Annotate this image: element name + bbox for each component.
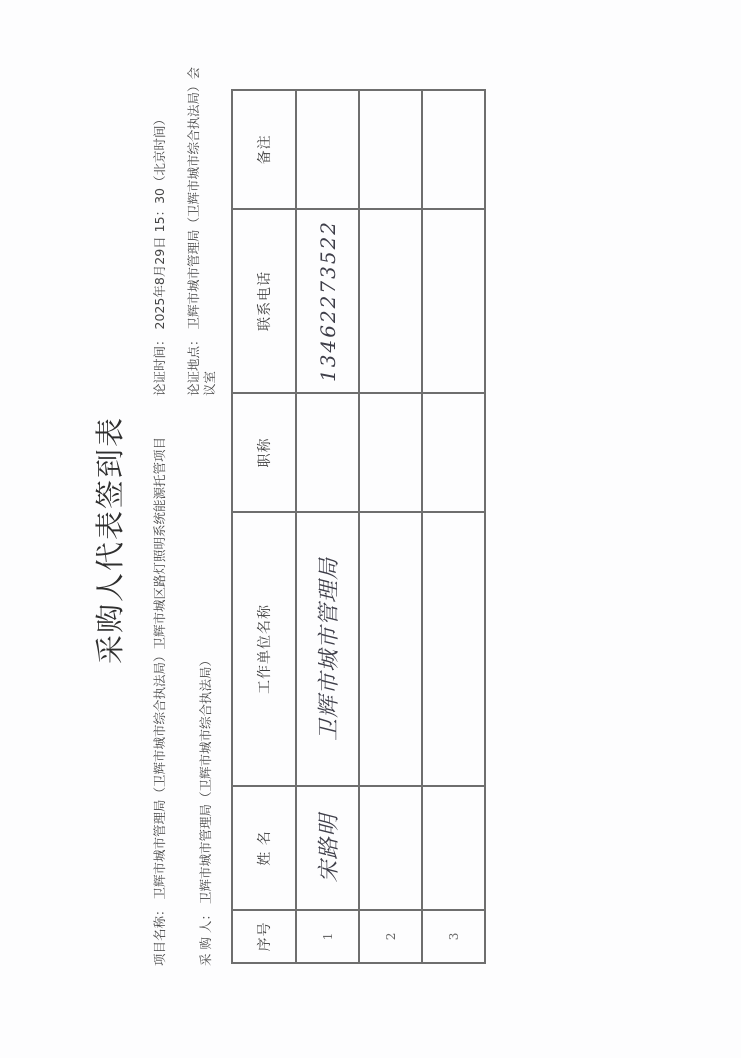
row-phone: 13462273522 (296, 209, 359, 394)
sign-in-table: 序号 姓 名 工作单位名称 职称 联系电话 备注 1 宋路明 卫辉市城市管理局 … (231, 89, 486, 964)
header-title: 职称 (232, 393, 296, 512)
row-name-signature (359, 786, 422, 910)
project-name-value: 卫辉市城市管理局（卫辉市城市综合执法局）卫辉市城区路灯照明系统能源托管项目 (152, 437, 167, 900)
project-name: 项目名称：卫辉市城市管理局（卫辉市城市综合执法局）卫辉市城区路灯照明系统能源托管… (150, 437, 168, 966)
table-row: 3 (422, 90, 485, 963)
review-time-label: 论证时间： (152, 333, 167, 396)
header-name: 姓 名 (232, 786, 296, 910)
row-phone (422, 209, 485, 394)
row-no: 3 (422, 910, 485, 963)
sign-in-sheet-page: 采购人代表签到表 项目名称：卫辉市城市管理局（卫辉市城市综合执法局）卫辉市城区路… (0, 0, 741, 1058)
table-row: 1 宋路明 卫辉市城市管理局 13462273522 (296, 90, 359, 963)
row-unit (359, 512, 422, 786)
review-time-value: 2025年8月29日 15：30（北京时间） (152, 113, 167, 329)
row-unit: 卫辉市城市管理局 (296, 512, 359, 786)
row-no: 1 (296, 910, 359, 963)
row-name-signature: 宋路明 (296, 786, 359, 910)
table-header-row: 序号 姓 名 工作单位名称 职称 联系电话 备注 (232, 90, 296, 963)
review-place-label: 论证地点： (186, 333, 201, 396)
row-title (359, 393, 422, 512)
row-no: 2 (359, 910, 422, 963)
row-note (359, 90, 422, 209)
buyer: 采 购 人：卫辉市城市管理局（卫辉市城市综合执法局） (196, 654, 214, 966)
review-time: 论证时间：2025年8月29日 15：30（北京时间） (150, 113, 168, 396)
table-row: 2 (359, 90, 422, 963)
header-no: 序号 (232, 910, 296, 963)
row-note (422, 90, 485, 209)
row-unit (422, 512, 485, 786)
buyer-value: 卫辉市城市管理局（卫辉市城市综合执法局） (198, 654, 213, 904)
document-title: 采购人代表签到表 (88, 22, 129, 1058)
row-name-signature (422, 786, 485, 910)
row-phone (359, 209, 422, 394)
project-name-label: 项目名称： (152, 903, 167, 966)
header-phone: 联系电话 (232, 209, 296, 394)
row-title (422, 393, 485, 512)
review-place: 论证地点：卫辉市城市管理局（卫辉市城市综合执法局）会议室 (186, 66, 218, 396)
row-note (296, 90, 359, 209)
header-note: 备注 (232, 90, 296, 209)
buyer-label: 采 购 人： (198, 908, 213, 966)
row-title (296, 393, 359, 512)
header-unit: 工作单位名称 (232, 512, 296, 786)
